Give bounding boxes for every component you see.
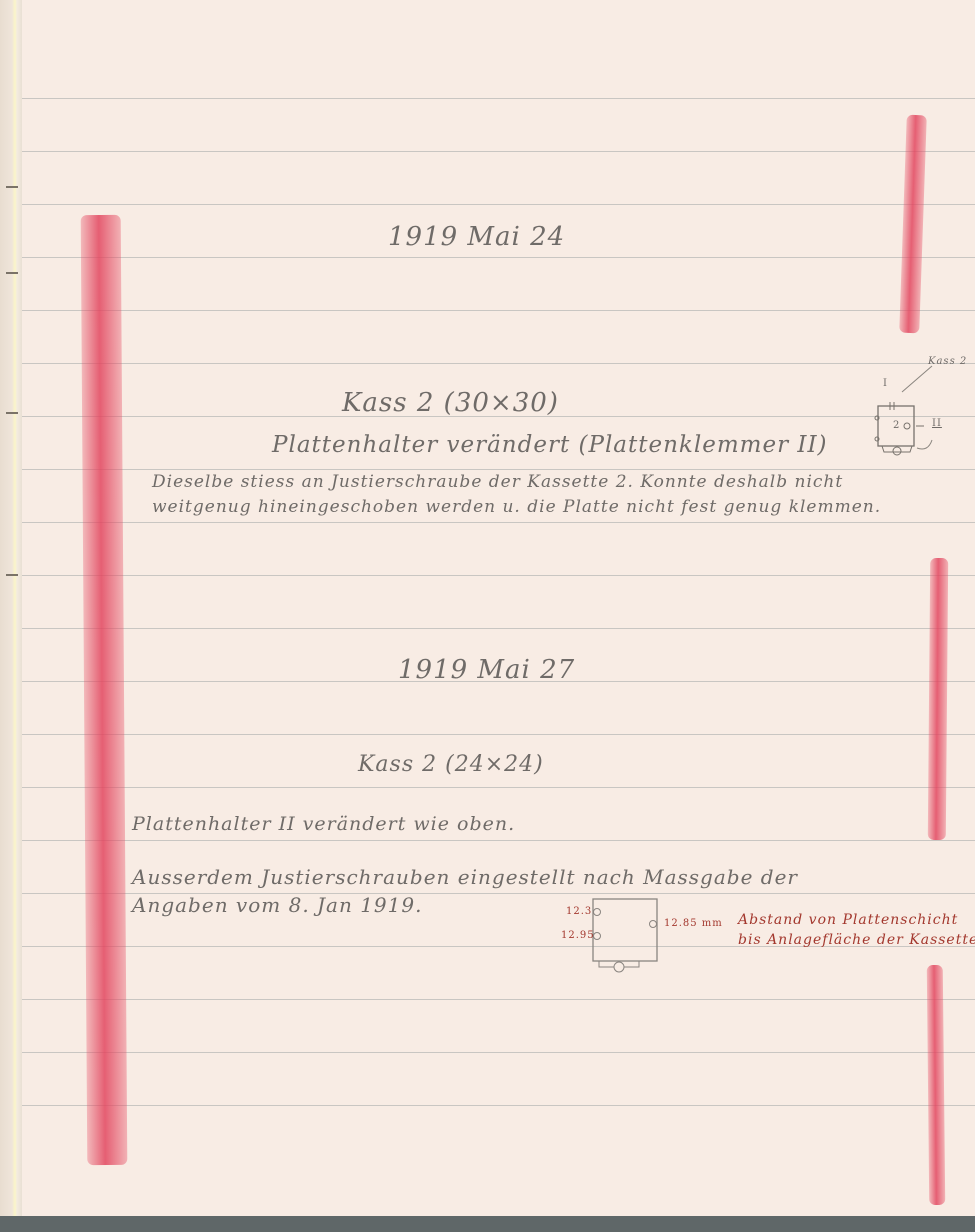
sketch-label-i: I	[883, 378, 888, 389]
entry-date: 1919 Mai 27	[398, 655, 575, 685]
ruled-line	[22, 787, 975, 788]
sketch-label-kass: Kass 2	[928, 356, 967, 367]
ruled-line	[22, 469, 975, 470]
binding-stitch	[6, 574, 18, 576]
ruled-line	[22, 1105, 975, 1106]
entry-body-line: weitgenug hineingeschoben werden u. die …	[152, 497, 881, 517]
ruled-line	[22, 840, 975, 841]
entry-cassette: Kass 2 (24×24)	[358, 752, 544, 777]
ruled-line	[22, 734, 975, 735]
page-binding	[0, 0, 22, 1216]
ruled-line	[22, 310, 975, 311]
scan-background-strip	[0, 1216, 975, 1232]
entry-heading: Plattenhalter II verändert wie oben.	[132, 813, 515, 835]
binding-stitch	[6, 272, 18, 274]
ruled-line	[22, 257, 975, 258]
measurement-left-top: 12.3	[566, 906, 592, 917]
ruled-line	[22, 575, 975, 576]
red-margin-mark	[899, 115, 927, 334]
ruled-line	[22, 151, 975, 152]
entry-heading: Plattenhalter verändert (Plattenklemmer …	[272, 432, 828, 458]
red-margin-mark	[927, 965, 946, 1205]
cassette-measurement-sketch	[585, 895, 665, 975]
notebook-page: 1919 Mai 24 Kass 2 (30×30) Plattenhalter…	[0, 0, 975, 1216]
measurement-note-line: Abstand von Plattenschicht	[738, 912, 958, 928]
measurement-left-bottom: 12.95	[561, 930, 595, 941]
binding-stitch	[6, 186, 18, 188]
cassette-sketch	[862, 352, 975, 460]
ruled-line	[22, 999, 975, 1000]
ruled-line	[22, 204, 975, 205]
sketch-label-ii: II	[932, 418, 942, 429]
red-margin-mark	[928, 558, 948, 840]
sketch-label-center: 2	[893, 420, 900, 431]
entry-cassette: Kass 2 (30×30)	[342, 388, 559, 418]
measurement-right: 12.85 mm	[664, 918, 723, 929]
ruled-line	[22, 1052, 975, 1053]
red-margin-mark	[81, 215, 128, 1165]
entry-body-line: Dieselbe stiess an Justierschraube der K…	[152, 472, 843, 492]
entry-body-line: Ausserdem Justierschrauben eingestellt n…	[132, 865, 798, 889]
entry-body-line: Angaben vom 8. Jan 1919.	[132, 893, 422, 917]
ruled-line	[22, 522, 975, 523]
measurement-note-line: bis Anlagefläche der Kassette	[738, 932, 975, 948]
ruled-line	[22, 363, 975, 364]
ruled-line	[22, 98, 975, 99]
entry-date: 1919 Mai 24	[388, 222, 565, 252]
binding-stitch	[6, 412, 18, 414]
ruled-line	[22, 628, 975, 629]
